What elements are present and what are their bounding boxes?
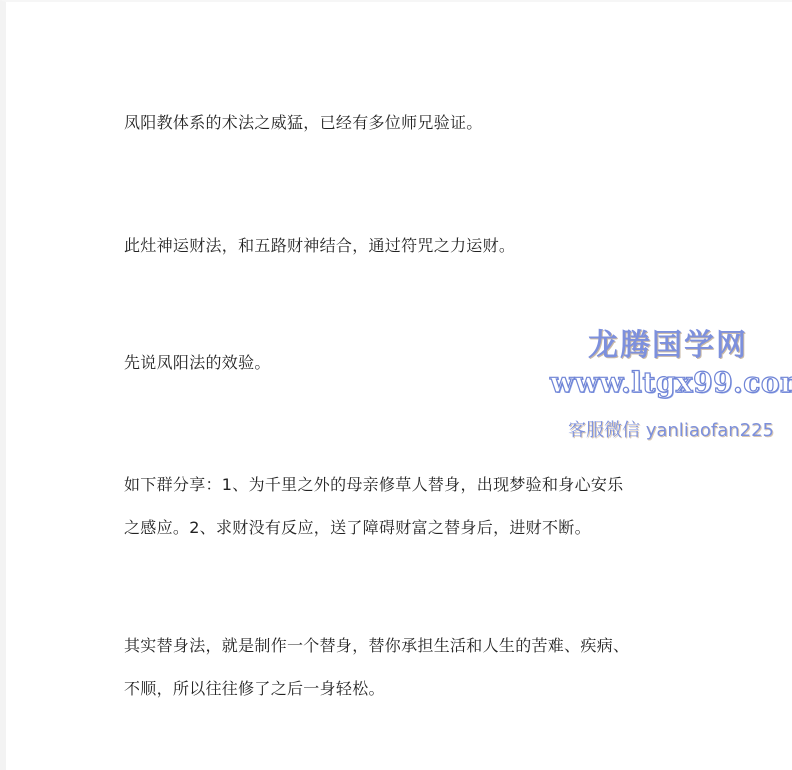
paragraph-line: 此灶神运财法，和五路财神结合，通过符咒之力运财。 [124, 224, 724, 267]
paragraph-2: 此灶神运财法，和五路财神结合，通过符咒之力运财。 [124, 224, 724, 267]
paragraph-line: 如下群分享：1、为千里之外的母亲修草人替身，出现梦验和身心安乐 [124, 463, 724, 506]
paragraph-1: 凤阳教体系的术法之威猛，已经有多位师兄验证。 [124, 101, 724, 144]
paragraph-line: 凤阳教体系的术法之威猛，已经有多位师兄验证。 [124, 101, 724, 144]
paragraph-line: 之感应。2、求财没有反应，送了障碍财富之替身后，进财不断。 [124, 506, 724, 549]
paragraph-line: 不顺，所以往往修了之后一身轻松。 [124, 667, 724, 710]
paragraph-line: 其实替身法，就是制作一个替身，替你承担生活和人生的苦难、疾病、 [124, 624, 724, 667]
paragraph-line: 先说凤阳法的效验。 [124, 341, 724, 384]
watermark-contact: 客服微信 yanliaofan225 [568, 416, 774, 442]
paragraph-5: 其实替身法，就是制作一个替身，替你承担生活和人生的苦难、疾病、 不顺，所以往往修… [124, 624, 724, 710]
paragraph-3: 先说凤阳法的效验。 [124, 341, 724, 384]
paragraph-4: 如下群分享：1、为千里之外的母亲修草人替身，出现梦验和身心安乐 之感应。2、求财… [124, 463, 724, 549]
document-page: 凤阳教体系的术法之威猛，已经有多位师兄验证。 此灶神运财法，和五路财神结合，通过… [0, 0, 792, 770]
